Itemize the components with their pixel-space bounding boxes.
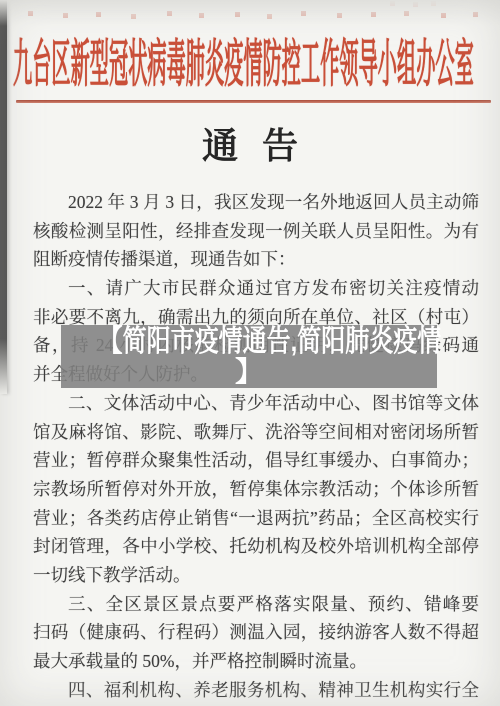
red-divider-line	[16, 100, 491, 103]
body-line: 最大承载量的 50%，并严格控制瞬时流量。	[33, 647, 479, 676]
body-line: 营业；各类药店停止销售“一退两抗”药品；全区高校实行	[33, 504, 479, 533]
notice-document-scan: 九台区新型冠状病毒肺炎疫情防控工作领导小组办公室 通告 2022 年 3 月 3…	[0, 0, 500, 706]
watermark-text-line2: 】	[61, 358, 437, 385]
body-line: 2022 年 3 月 3 日，我区发现一名外地返回人员主动筛查	[33, 188, 479, 217]
body-line: 三、全区景区景点要严格落实限量、预约、错峰要求，	[33, 590, 479, 619]
body-line: 营业；暂停群众聚集性活动，倡导红事缓办、白事简办；各	[33, 446, 479, 475]
body-line: 扫码（健康码、行程码）测温入园，接纳游客人数不得超过	[33, 618, 479, 647]
watermark-text-line1: 【简阳市疫情通告,简阳肺炎疫情	[99, 325, 400, 358]
issuing-org-header: 九台区新型冠状病毒肺炎疫情防控工作领导小组办公室	[13, 22, 474, 97]
notice-title: 通告	[0, 118, 500, 169]
scan-edge-shadow	[0, 0, 7, 394]
body-line: 宗教场所暂停对外开放，暂停集体宗教活动；个体诊所暂停	[33, 475, 479, 504]
body-line: 二、文体活动中心、青少年活动中心、图书馆等文体场	[33, 389, 479, 418]
body-line: 核酸检测呈阳性，经排查发现一例关联人员呈阳性。为有效	[33, 217, 479, 246]
body-line: 四、福利机构、养老服务机构、精神卫生机构实行全封	[33, 676, 479, 705]
body-line: 一切线下教学活动。	[33, 561, 479, 590]
watermark-overlay: 【简阳市疫情通告,简阳肺炎疫情 】	[61, 325, 437, 388]
body-line: 封闭管理，各中小学校、托幼机构及校外培训机构全部停止	[33, 532, 479, 561]
body-line: 馆及麻将馆、影院、歌舞厅、洗浴等空间相对密闭场所暂停	[33, 418, 479, 447]
body-line: 阻断疫情传播渠道，现通告如下：	[33, 245, 479, 274]
body-line: 一、请广大市民群众通过官方发布密切关注疫情动态，	[33, 274, 479, 303]
notice-body: 2022 年 3 月 3 日，我区发现一名外地返回人员主动筛查 核酸检测呈阳性，…	[33, 188, 479, 704]
